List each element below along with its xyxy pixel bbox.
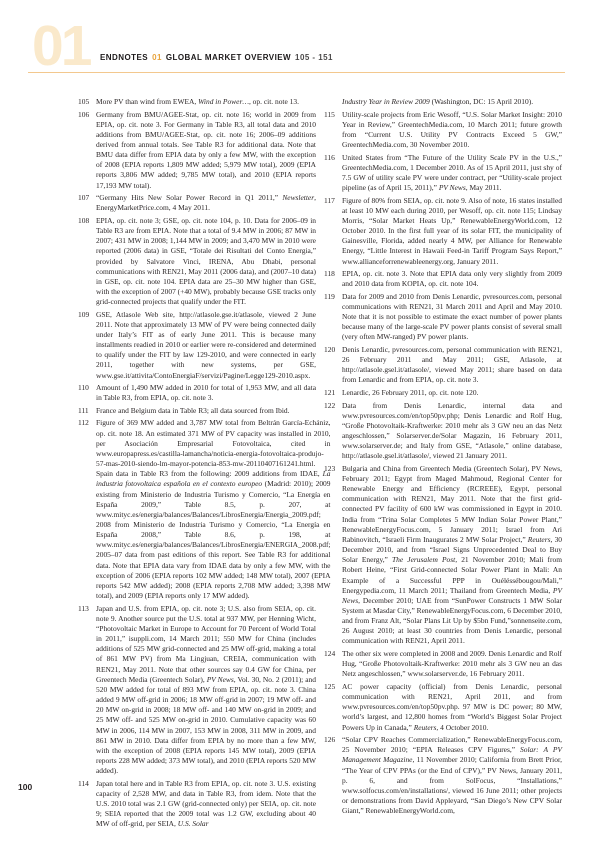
endnote-text: Germany from BMU/AGEE-Stat, op. cit. not… [96,110,316,191]
endnote-117: 117Figure of 80% from SEIA, op. cit. not… [324,196,562,267]
endnote-text: “Germany Hits New Solar Power Record in … [96,193,316,213]
endnote-110: 110Amount of 1,490 MW added in 2010 for … [78,383,316,403]
endnote-number: 119 [324,292,338,343]
endnote-121: 121Lenardic, 26 February 2011, op. cit. … [324,388,562,398]
endnote-number: 124 [324,649,338,679]
endnote-number: 111 [78,406,92,416]
endnote-124: 124The other six were completed in 2008 … [324,649,562,679]
endnote-109: 109GSE, Atlasole Web site, http://atlaso… [78,310,316,381]
endnote-114: 114Japan total here and in Table R3 from… [78,779,316,830]
header-note-range: 105 - 151 [295,53,333,62]
endnote-125: 125AC power capacity (official) from Den… [324,682,562,733]
endnote-text: Lenardic, 26 February 2011, op. cit. not… [342,388,562,398]
endnote-107: 107“Germany Hits New Solar Power Record … [78,193,316,213]
header-chapter-title: GLOBAL MARKET OVERVIEW [166,53,291,62]
endnotes-columns: 105More PV than wind from EWEA, Wind in … [78,97,562,832]
endnote-113: 113Japan and U.S. from EPIA, op. cit. no… [78,604,316,777]
endnote-number: 117 [324,196,338,267]
endnote-text: Utility-scale projects from Eric Wesoff,… [342,110,562,151]
endnote-number: 121 [324,388,338,398]
endnote-123: 123Bulgaria and China from Greentech Med… [324,464,562,647]
endnote-text: EPIA, op. cit. note 3; GSE, op. cit. not… [96,216,316,307]
endnotes-column-right: Industry Year in Review 2009 (Washington… [324,97,562,832]
endnote-continuation: Industry Year in Review 2009 (Washington… [324,97,562,107]
header-section-label: ENDNOTES [100,53,148,62]
endnote-number: 106 [78,110,92,191]
endnote-text: Figure of 369 MW added and 3,787 MW tota… [96,418,330,601]
endnote-115: 115Utility-scale projects from Eric Weso… [324,110,562,151]
endnote-text: AC power capacity (official) from Denis … [342,682,562,733]
endnote-text: The other six were completed in 2008 and… [342,649,562,679]
endnote-number: 105 [78,97,92,107]
page-number: 100 [18,782,32,792]
chapter-watermark-number: 01 [32,18,89,75]
endnote-106: 106Germany from BMU/AGEE-Stat, op. cit. … [78,110,316,191]
endnote-112: 112Figure of 369 MW added and 3,787 MW t… [78,418,316,601]
endnote-text: Amount of 1,490 MW added in 2010 for tot… [96,383,316,403]
endnote-108: 108EPIA, op. cit. note 3; GSE, op. cit. … [78,216,316,307]
endnote-text: Denis Lenardic, pvresources.com, persona… [342,345,562,386]
page-header: ENDNOTES01GLOBAL MARKET OVERVIEW105 - 15… [100,53,337,62]
endnote-text: Data from Denis Lenardic, internal data … [342,401,562,462]
endnote-number: 125 [324,682,338,733]
endnote-text: Data for 2009 and 2010 from Denis Lenard… [342,292,562,343]
endnote-number: 110 [78,383,92,403]
endnote-number: 120 [324,345,338,386]
endnote-text: France and Belgium data in Table R3; all… [96,406,316,416]
endnote-105: 105More PV than wind from EWEA, Wind in … [78,97,316,107]
header-divider-line [28,72,565,73]
endnote-text: Figure of 80% from SEIA, op. cit. note 9… [342,196,562,267]
endnote-text: More PV than wind from EWEA, Wind in Pow… [96,97,316,107]
endnote-number: 113 [78,604,92,777]
endnote-number [324,97,338,107]
endnote-number: 123 [324,464,338,647]
endnote-number: 122 [324,401,338,462]
endnote-number: 115 [324,110,338,151]
endnote-number: 126 [324,735,338,816]
endnote-122: 122Data from Denis Lenardic, internal da… [324,401,562,462]
endnote-text: Japan and U.S. from EPIA, op. cit. note … [96,604,316,777]
endnote-118: 118EPIA, op. cit. note 3. Note that EPIA… [324,269,562,289]
endnote-text: Industry Year in Review 2009 (Washington… [342,97,562,107]
endnotes-column-left: 105More PV than wind from EWEA, Wind in … [78,97,316,832]
endnote-text: “Solar CPV Reaches Commercialization,” R… [342,735,562,816]
endnote-111: 111France and Belgium data in Table R3; … [78,406,316,416]
endnotes-page: 01 ENDNOTES01GLOBAL MARKET OVERVIEW105 -… [0,0,595,842]
endnote-number: 116 [324,153,338,194]
endnote-120: 120Denis Lenardic, pvresources.com, pers… [324,345,562,386]
endnote-text: EPIA, op. cit. note 3. Note that EPIA da… [342,269,562,289]
endnote-text: Japan total here and in Table R3 from EP… [96,779,316,830]
endnote-text: GSE, Atlasole Web site, http://atlasole.… [96,310,316,381]
endnote-number: 107 [78,193,92,213]
endnote-number: 109 [78,310,92,381]
endnote-number: 114 [78,779,92,830]
endnote-text: Bulgaria and China from Greentech Media … [342,464,562,647]
endnote-number: 112 [78,418,92,601]
endnote-number: 118 [324,269,338,289]
endnote-126: 126“Solar CPV Reaches Commercialization,… [324,735,562,816]
endnote-text: United States from “The Future of the Ut… [342,153,562,194]
endnote-119: 119Data for 2009 and 2010 from Denis Len… [324,292,562,343]
endnote-116: 116United States from “The Future of the… [324,153,562,194]
header-chapter-number: 01 [152,53,162,62]
endnote-number: 108 [78,216,92,307]
